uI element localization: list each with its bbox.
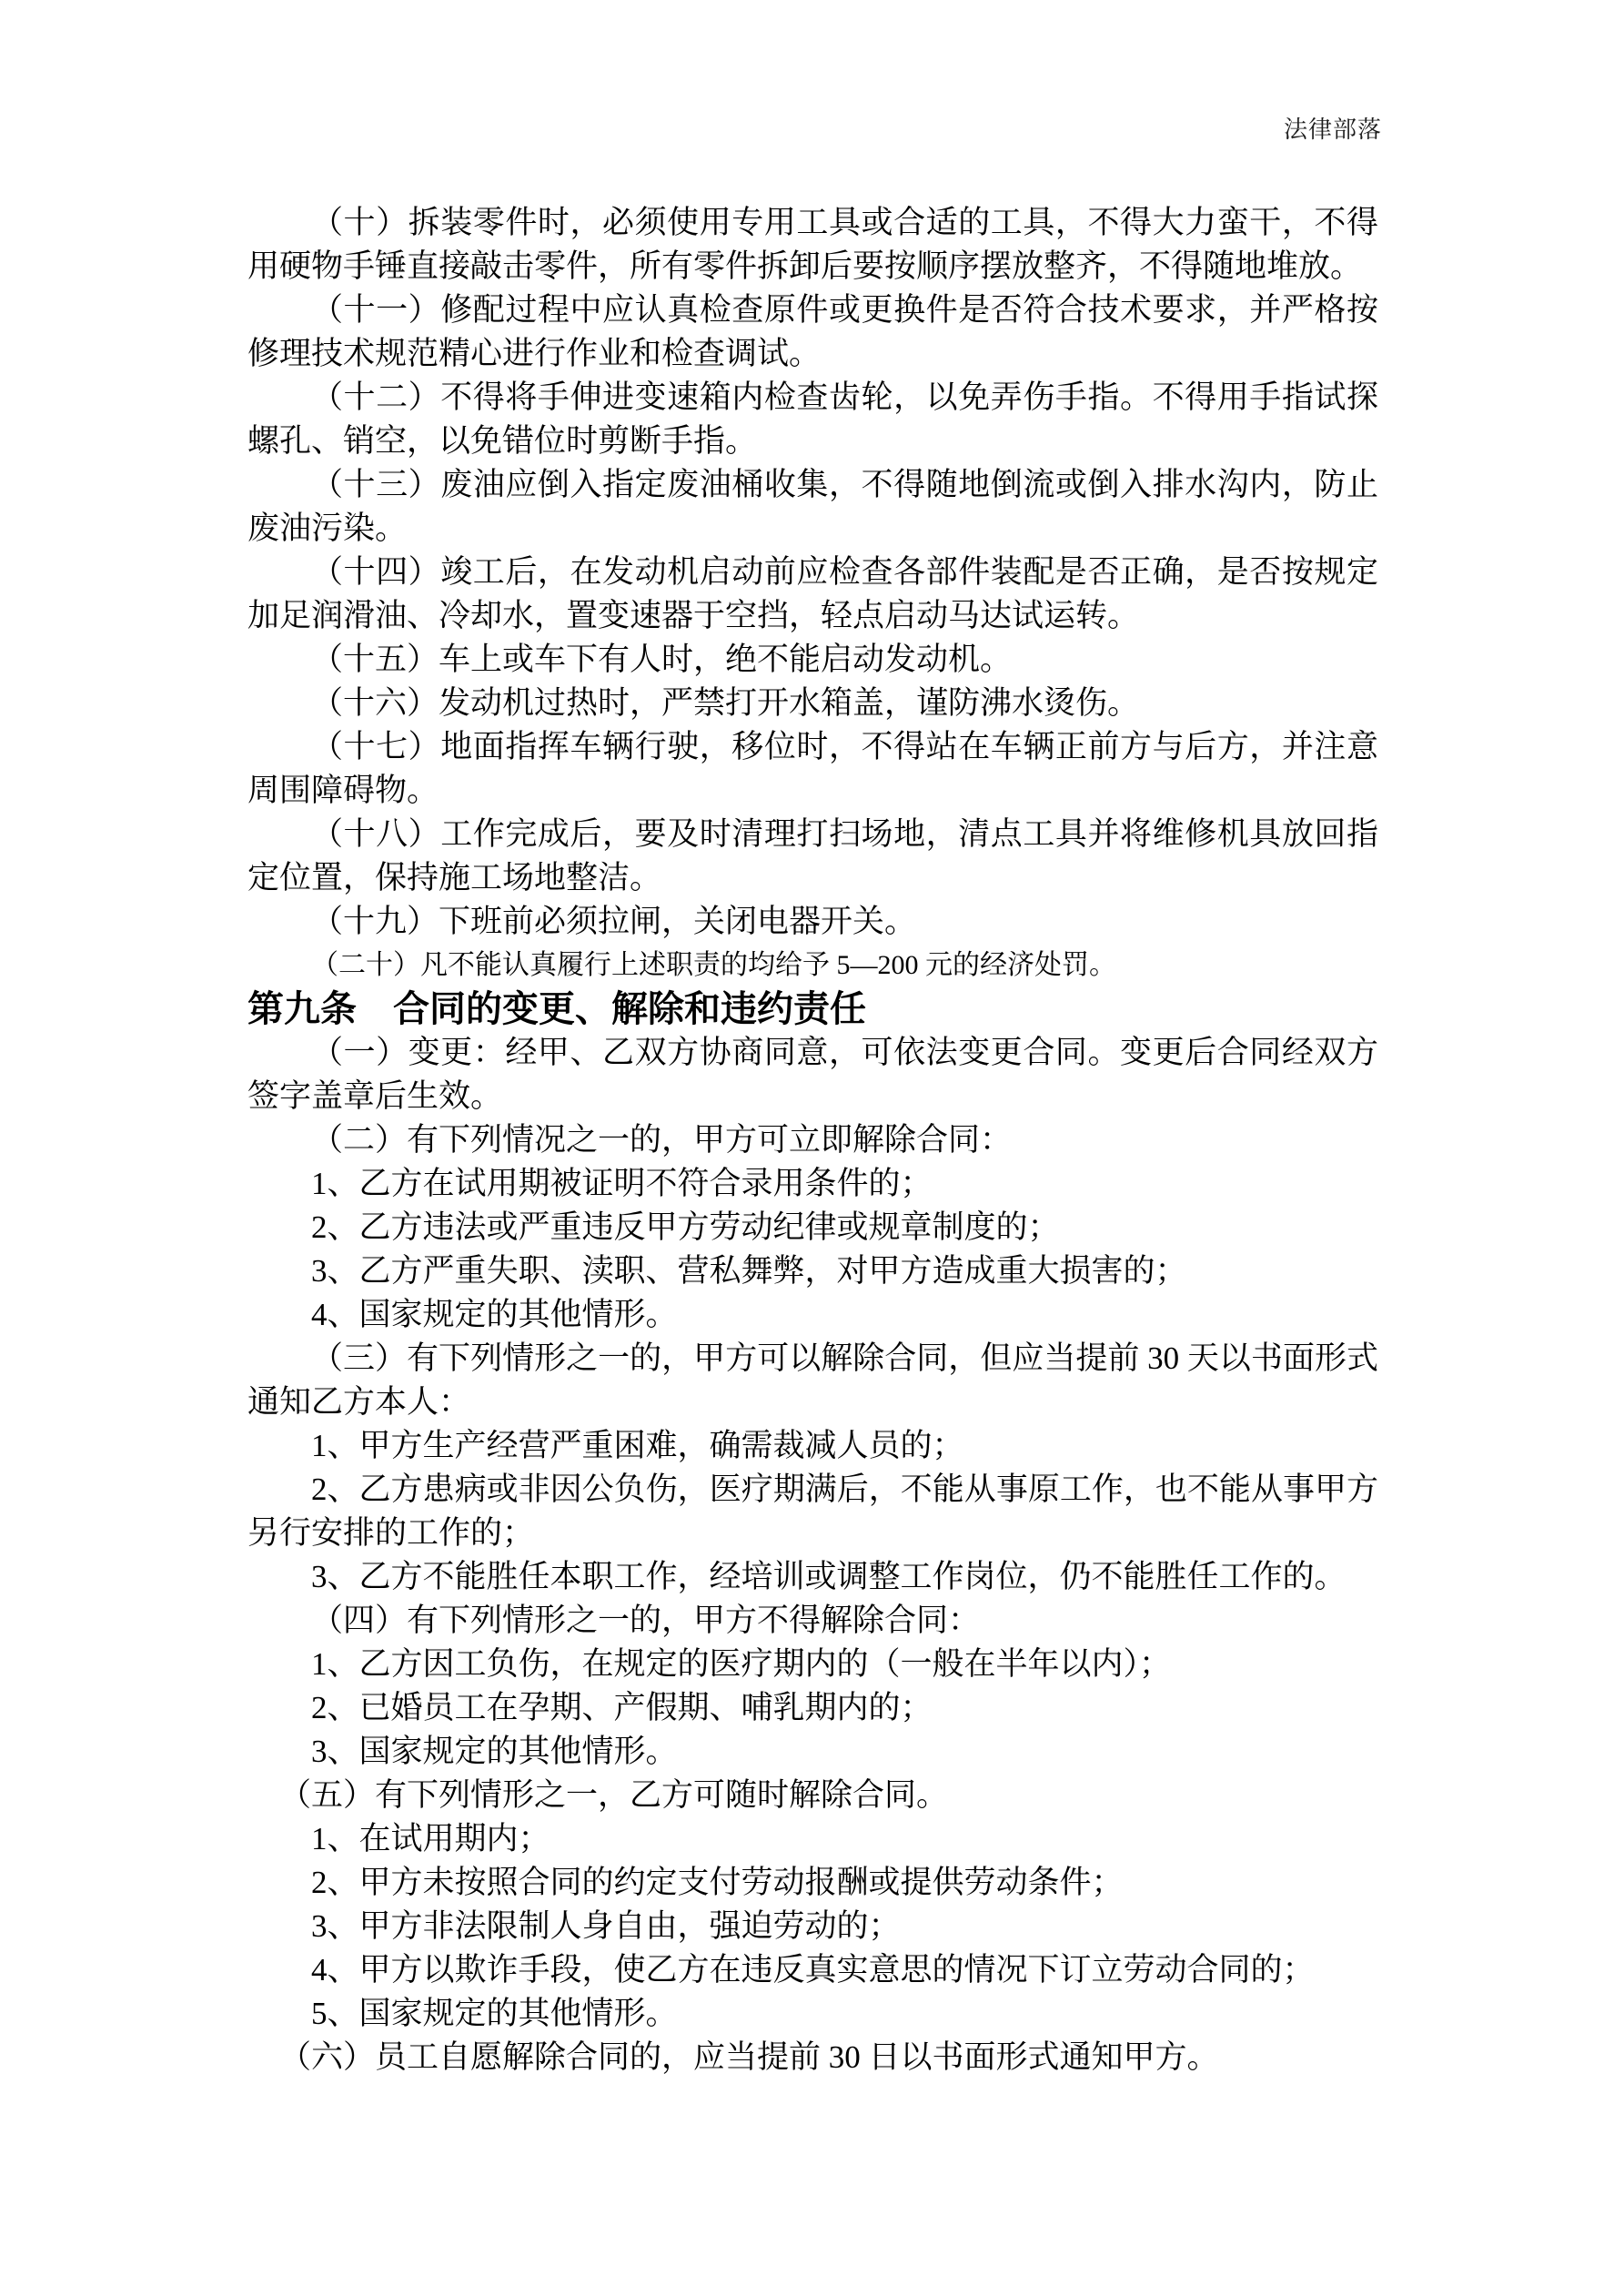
heading-title: 合同的变更、解除和违约责任 (393, 989, 866, 1029)
paragraph: （一）变更：经甲、乙双方协商同意，可依法变更合同。变更后合同经双方签字盖章后生效… (247, 1031, 1378, 1118)
paragraph: 2、乙方患病或非因公负伤，医疗期满后，不能从事原工作，也不能从事甲方另行安排的工… (247, 1468, 1378, 1555)
paragraph: （十七）地面指挥车辆行驶，移位时，不得站在车辆正前方与后方，并注意周围障碍物。 (247, 725, 1378, 813)
paragraph: 1、乙方因工负伤，在规定的医疗期内的（一般在半年以内）； (247, 1643, 1378, 1686)
paragraph: 3、甲方非法限制人身自由，强迫劳动的； (247, 1905, 1378, 1948)
paragraph: （二十）凡不能认真履行上述职责的均给予 5—200 元的经济处罚。 (247, 944, 1378, 987)
paragraph: 3、国家规定的其他情形。 (247, 1730, 1378, 1774)
paragraph: 3、乙方严重失职、渎职、营私舞弊，对甲方造成重大损害的； (247, 1249, 1378, 1293)
paragraph: 3、乙方不能胜任本职工作，经培训或调整工作岗位，仍不能胜任工作的。 (247, 1555, 1378, 1599)
paragraph: 1、甲方生产经营严重困难，确需裁减人员的； (247, 1424, 1378, 1468)
paragraph: 1、乙方在试用期被证明不符合录用条件的； (247, 1162, 1378, 1206)
paragraph: （三）有下列情形之一的，甲方可以解除合同，但应当提前 30 天以书面形式通知乙方… (247, 1337, 1378, 1424)
paragraph: （十一）修配过程中应认真检查原件或更换件是否符合技术要求，并严格按修理技术规范精… (247, 288, 1378, 376)
page: { "header": { "watermark": "法律部落" }, "do… (0, 0, 1624, 2296)
paragraph: （十八）工作完成后，要及时清理打扫场地，清点工具并将维修机具放回指定位置，保持施… (247, 813, 1378, 900)
section-heading: 第九条合同的变更、解除和违约责任 (247, 987, 1378, 1031)
heading-number: 第九条 (247, 989, 357, 1029)
paragraph: 2、甲方未按照合同的约定支付劳动报酬或提供劳动条件； (247, 1861, 1378, 1905)
paragraph: （十）拆装零件时，必须使用专用工具或合适的工具，不得大力蛮干，不得用硬物手锤直接… (247, 201, 1378, 288)
paragraph: 4、甲方以欺诈手段，使乙方在违反真实意思的情况下订立劳动合同的； (247, 1948, 1378, 1992)
document-body: （十）拆装零件时，必须使用专用工具或合适的工具，不得大力蛮干，不得用硬物手锤直接… (247, 201, 1378, 2079)
paragraph: （五）有下列情形之一，乙方可随时解除合同。 (247, 1774, 1378, 1817)
paragraph: （十六）发动机过热时，严禁打开水箱盖，谨防沸水烫伤。 (247, 682, 1378, 725)
paragraph: （二）有下列情况之一的，甲方可立即解除合同： (247, 1118, 1378, 1162)
paragraph: （六）员工自愿解除合同的，应当提前 30 日以书面形式通知甲方。 (247, 2036, 1378, 2079)
paragraph: （十九）下班前必须拉闸，关闭电器开关。 (247, 900, 1378, 944)
paragraph: 2、乙方违法或严重违反甲方劳动纪律或规章制度的； (247, 1206, 1378, 1249)
paragraph: 4、国家规定的其他情形。 (247, 1293, 1378, 1337)
paragraph: （十二）不得将手伸进变速箱内检查齿轮，以免弄伤手指。不得用手指试探螺孔、销空，以… (247, 376, 1378, 463)
paragraph: 1、在试用期内； (247, 1817, 1378, 1861)
paragraph: 5、国家规定的其他情形。 (247, 1992, 1378, 2036)
paragraph: （四）有下列情形之一的，甲方不得解除合同： (247, 1599, 1378, 1643)
paragraph: 2、已婚员工在孕期、产假期、哺乳期内的； (247, 1686, 1378, 1730)
paragraph: （十四）竣工后，在发动机启动前应检查各部件装配是否正确，是否按规定加足润滑油、冷… (247, 551, 1378, 638)
paragraph: （十三）废油应倒入指定废油桶收集，不得随地倒流或倒入排水沟内，防止废油污染。 (247, 463, 1378, 551)
watermark-text: 法律部落 (1284, 116, 1382, 144)
paragraph: （十五）车上或车下有人时，绝不能启动发动机。 (247, 638, 1378, 682)
